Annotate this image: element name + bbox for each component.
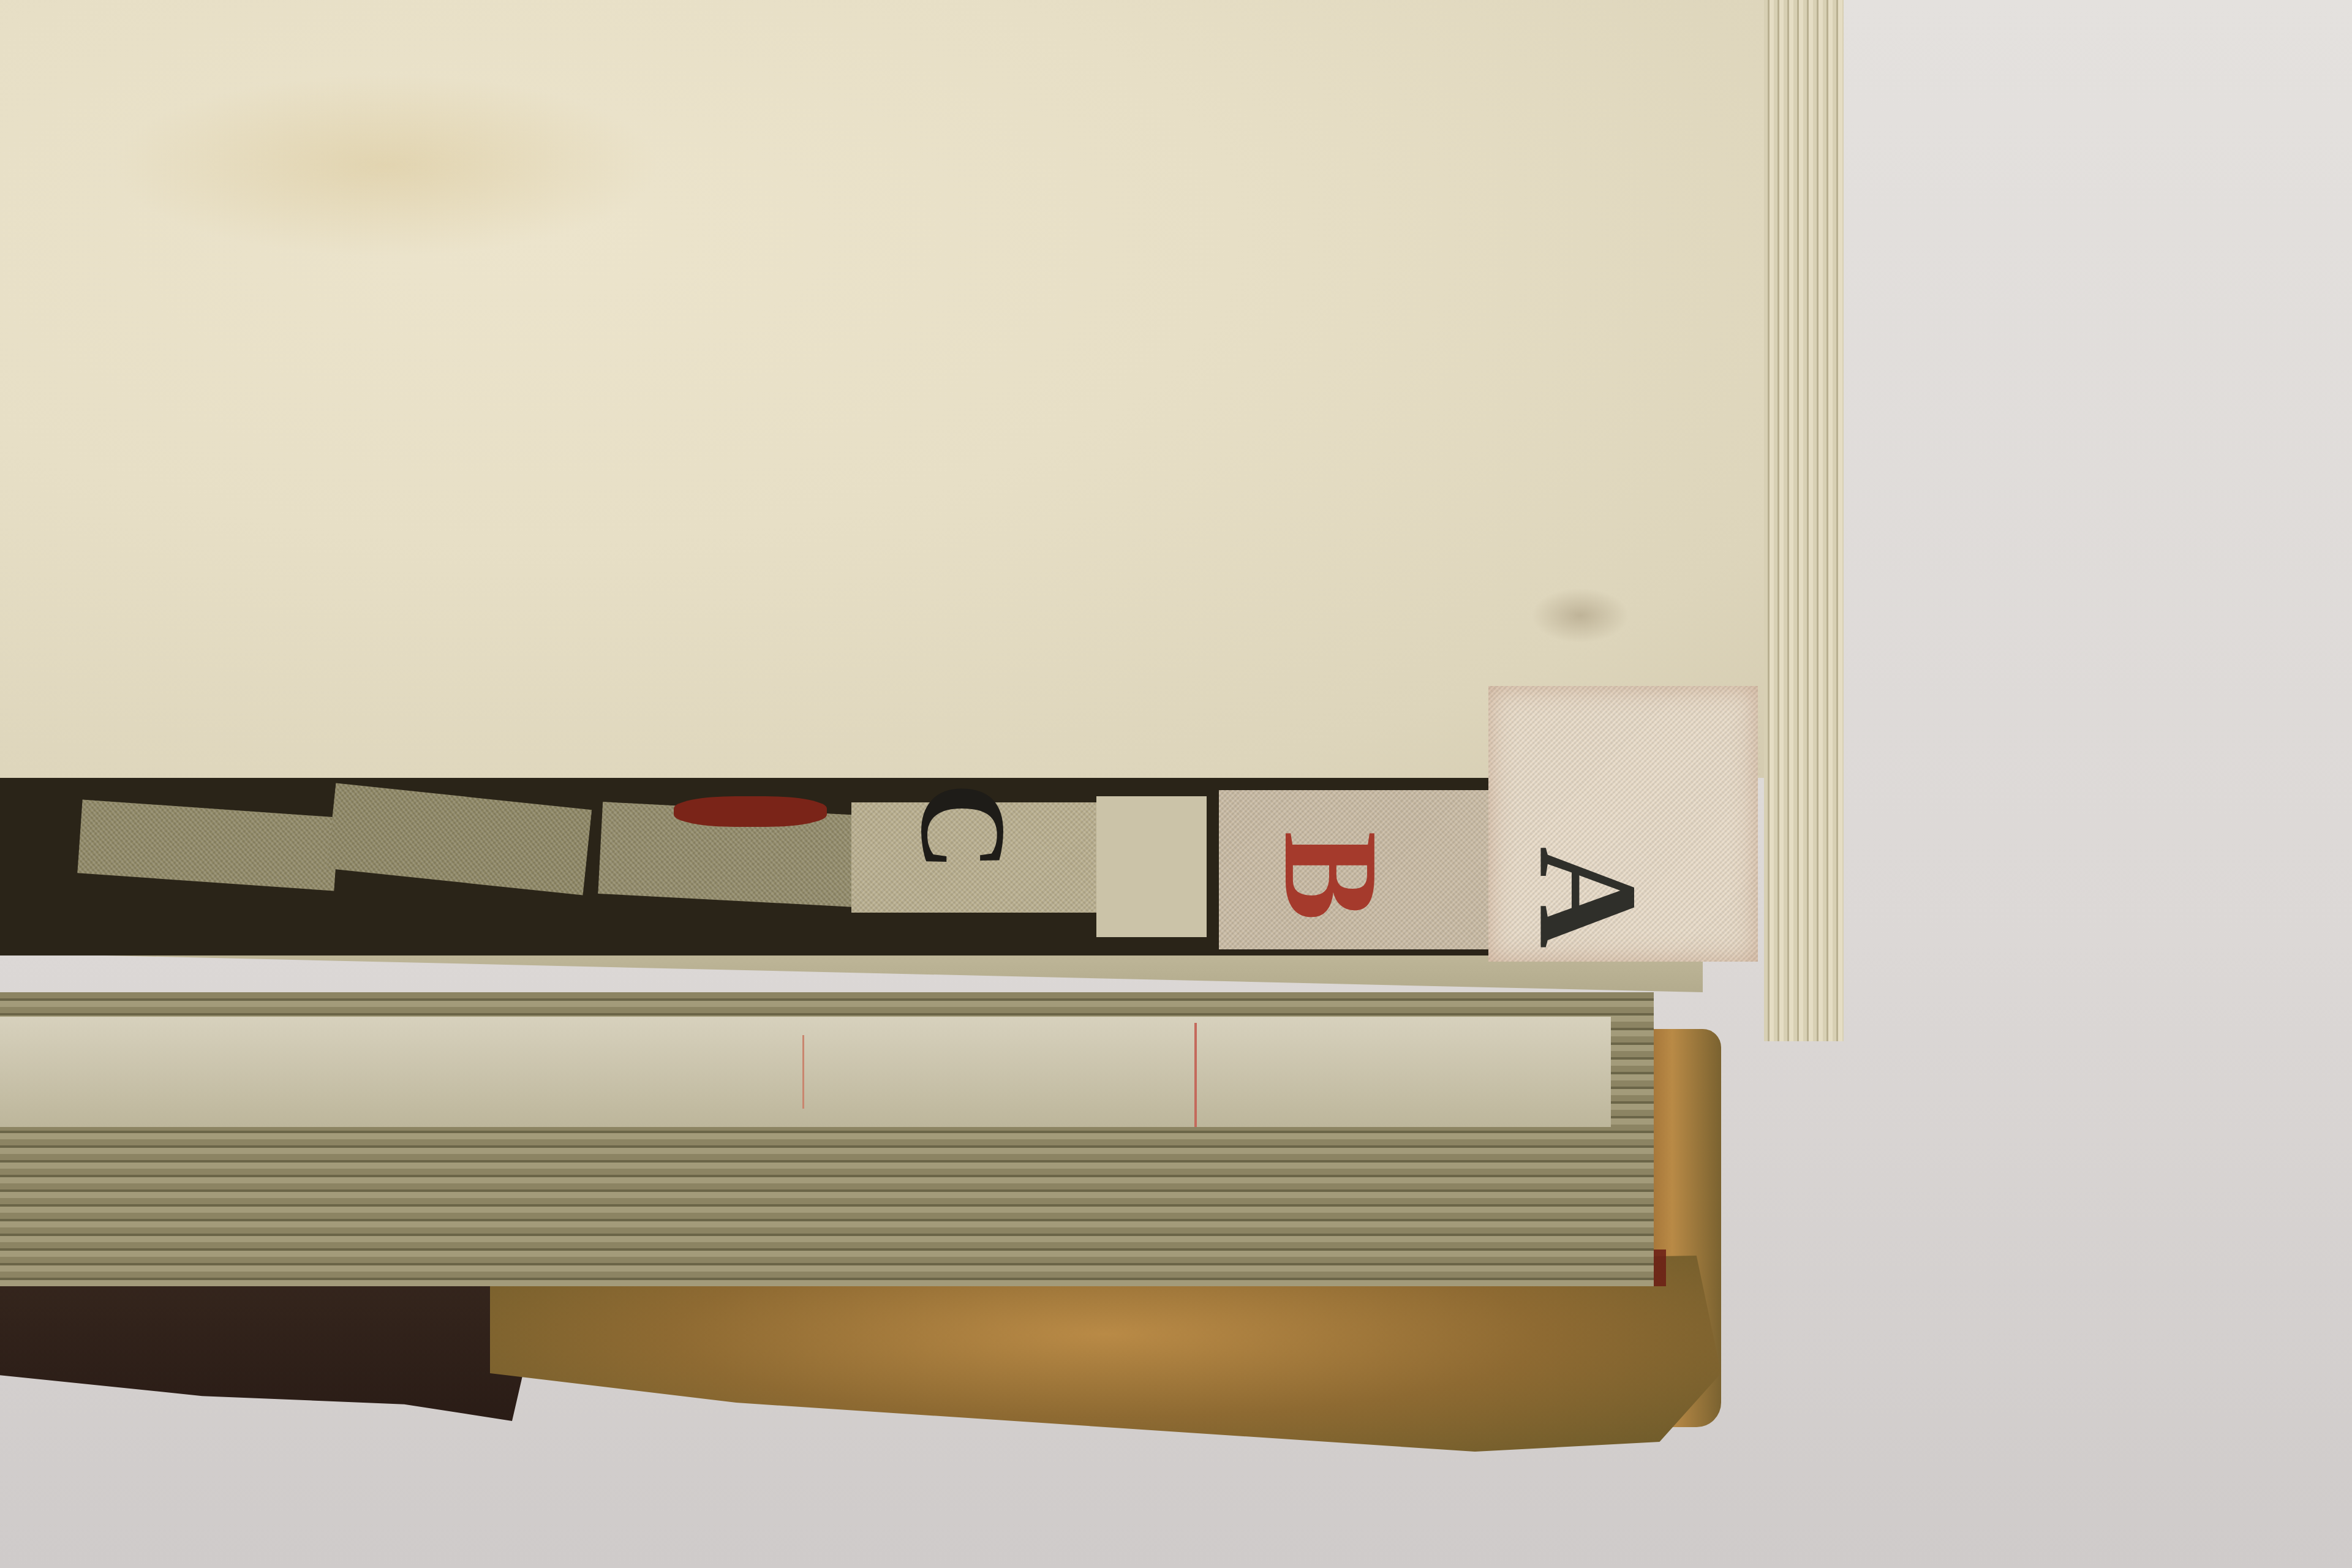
tab-letter: A <box>1518 846 1659 948</box>
red-tab-letter-peek <box>674 796 827 827</box>
blank-tab <box>1096 796 1207 937</box>
index-tab-a: A <box>1488 686 1758 962</box>
ruled-page <box>0 1017 1611 1127</box>
red-margin-rule <box>1194 1023 1197 1127</box>
index-tab-b: B <box>1219 790 1488 949</box>
paper-stain <box>1531 588 1629 643</box>
tab-letter: C <box>902 783 1024 871</box>
red-margin-rule <box>802 1035 804 1109</box>
index-tab-c: C <box>851 802 1096 913</box>
paper-stain <box>110 73 661 257</box>
page-edges <box>1764 0 1844 1041</box>
tab-letter: B <box>1264 831 1398 921</box>
